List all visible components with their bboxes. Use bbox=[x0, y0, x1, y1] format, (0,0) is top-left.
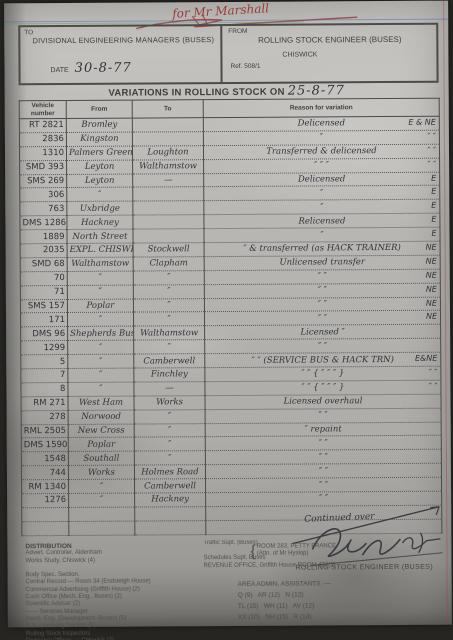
vehicle-number-cell: RML 2505 bbox=[21, 424, 68, 438]
reason-cell: ″ repaint bbox=[205, 422, 441, 437]
reason-text: ″ ″ ″ bbox=[314, 160, 329, 170]
from-cell: Leyton bbox=[67, 160, 133, 174]
from-cell: ″ bbox=[68, 382, 134, 396]
paper-sheet: for Mr Marshall TO DIVISIONAL ENGINEERIN… bbox=[4, 1, 452, 628]
from-cell: Bromley bbox=[66, 118, 132, 132]
area-mark: E&NE bbox=[415, 354, 437, 364]
area-mark: NE bbox=[426, 257, 437, 267]
reason-cell: ″ & transferred (as HACK TRAINER) NE bbox=[204, 241, 440, 256]
area-mark: ″ ″ bbox=[429, 382, 438, 392]
vehicle-number-cell: SMS 157 bbox=[20, 299, 67, 313]
to-cell: Hackney bbox=[135, 493, 206, 507]
from-cell: Works bbox=[68, 465, 134, 479]
area-mark bbox=[435, 409, 438, 419]
from-cell: Poplar bbox=[67, 299, 133, 313]
reason-cell: ″ E bbox=[204, 186, 440, 201]
distribution-list: DISTRIBUTION Advert. Controller, Aldenha… bbox=[25, 542, 151, 640]
reason-cell: Relicensed E bbox=[204, 213, 440, 228]
area-mark: NE bbox=[426, 298, 437, 308]
area-mark bbox=[435, 340, 438, 350]
vehicle-number-cell: 2035 bbox=[20, 243, 67, 257]
reason-text: ″ ″ bbox=[318, 313, 327, 323]
to-cell bbox=[133, 215, 204, 229]
reason-text: ″ ″ { ″ ″ ″ } bbox=[301, 369, 344, 379]
reason-text: Licensed ″ bbox=[300, 327, 344, 337]
form-title-date: 25-8-77 bbox=[288, 83, 345, 98]
from-cell: Leyton bbox=[67, 174, 133, 188]
to-cell: ″ bbox=[134, 437, 205, 451]
to-cell: ″ bbox=[134, 451, 205, 465]
reason-text: ″ ″ bbox=[319, 452, 328, 462]
brace-glyph: { bbox=[250, 547, 255, 554]
to-cell bbox=[135, 507, 206, 521]
to-cell: Camberwell bbox=[135, 479, 206, 493]
area-code-line: XX (10) NH (15) R (14) bbox=[238, 611, 331, 623]
vehicle-number-cell: 1548 bbox=[21, 452, 68, 466]
vehicle-number-cell: RM 271 bbox=[21, 396, 68, 410]
col-header-reason: Reason for variation bbox=[203, 98, 439, 117]
reason-cell: ″ ″ NE bbox=[204, 283, 440, 298]
area-mark: E bbox=[431, 215, 436, 225]
reason-cell: ″ ″ NE bbox=[204, 269, 440, 284]
reason-text: ″ ″ bbox=[318, 286, 327, 296]
from-location: CHISWICK bbox=[282, 51, 317, 58]
reason-text: ″ bbox=[320, 188, 323, 198]
reason-text: ″ bbox=[320, 230, 323, 240]
area-mark bbox=[435, 396, 438, 406]
header-from-cell: FROM ROLLING STOCK ENGINEER (BUSES) CHIS… bbox=[222, 25, 436, 82]
area-mark bbox=[435, 451, 438, 461]
to-cell: ″ bbox=[133, 284, 204, 298]
to-cell: ″ bbox=[134, 423, 205, 437]
reason-cell: Licensed ″ bbox=[205, 325, 441, 340]
to-cell bbox=[132, 132, 203, 146]
reason-cell: ″ E bbox=[204, 200, 440, 215]
header-to-cell: TO DIVISIONAL ENGINEERING MANAGERS (BUSE… bbox=[20, 26, 222, 83]
reason-text: ″ ″ bbox=[319, 411, 328, 421]
reason-text: Delicensed bbox=[298, 174, 345, 184]
to-cell bbox=[133, 229, 204, 243]
area-admin-block: AREA ADMIN. ASSISTANTS :— Q (9) AR (12) … bbox=[238, 578, 331, 623]
area-mark: NE bbox=[426, 243, 437, 253]
vehicle-number-cell: 306 bbox=[20, 188, 67, 202]
to-cell: Loughton bbox=[132, 145, 203, 159]
to-cell: Holmes Road bbox=[134, 465, 205, 479]
reason-text: ″ & transferred (as HACK TRAINER) bbox=[243, 243, 401, 254]
reason-text: ″ ″ bbox=[318, 299, 327, 309]
vehicle-number-cell: DMS 1286 bbox=[20, 216, 67, 230]
from-cell: ″ bbox=[67, 271, 133, 285]
reason-cell: ″ E bbox=[204, 227, 440, 242]
col-header-to: To bbox=[132, 100, 203, 118]
from-cell: Kingston bbox=[66, 132, 132, 146]
reason-cell: ″ ″ bbox=[205, 463, 441, 478]
area-mark bbox=[435, 326, 438, 336]
reason-text: ″ ″ { ″ ″ ″ } bbox=[301, 383, 344, 393]
area-mark bbox=[435, 465, 438, 475]
ref-value: Ref. 508/1 bbox=[230, 63, 260, 70]
reason-cell: ″ ″ ″ bbox=[203, 130, 439, 145]
from-cell: Norwood bbox=[68, 410, 134, 424]
reason-cell: ″ ″ ″ ″ ″ bbox=[204, 158, 440, 173]
form-title-text: VARIATIONS IN ROLLING STOCK ON bbox=[108, 87, 284, 99]
from-cell: Shepherds Bush bbox=[68, 326, 134, 340]
vehicle-number-cell: 7 bbox=[21, 369, 68, 383]
reason-text: ″ bbox=[320, 202, 323, 212]
vehicle-number-cell: SMS 269 bbox=[20, 174, 67, 188]
to-cell: ″ bbox=[133, 270, 204, 284]
reason-text: ″ ″ bbox=[319, 438, 328, 448]
date-line: DATE30-8-77 bbox=[50, 61, 131, 76]
vehicle-number-cell: SMD 68 bbox=[20, 257, 67, 271]
area-mark bbox=[435, 437, 438, 447]
from-cell: Palmers Green bbox=[66, 146, 132, 160]
reason-cell: ″ ″ bbox=[205, 436, 441, 451]
reason-text: ″ ″ bbox=[318, 272, 327, 282]
reason-cell: Transferred & delicensed ″ ″ bbox=[203, 144, 439, 159]
reason-text: ″ ″ bbox=[319, 466, 328, 476]
area-mark bbox=[435, 479, 438, 489]
from-cell: ″ bbox=[68, 340, 134, 354]
area-code-line: TL (15) WH (11) AV (12) bbox=[238, 600, 331, 612]
reason-cell: Delicensed E bbox=[204, 172, 440, 187]
vehicle-number-cell: RM 1340 bbox=[22, 480, 69, 494]
reason-cell: ″ ″ bbox=[205, 338, 441, 353]
from-cell: ″ bbox=[67, 285, 133, 299]
to-cell: Clapham bbox=[133, 257, 204, 271]
to-cell: Camberwell bbox=[134, 354, 205, 368]
vehicle-number-cell: 2836 bbox=[19, 132, 66, 146]
rolling-stock-table: Vehicle number From To Reason for variat… bbox=[19, 98, 443, 536]
from-cell: ″ bbox=[69, 479, 135, 493]
reason-text: Unlicensed transfer bbox=[279, 258, 365, 269]
from-cell: Hackney bbox=[67, 215, 133, 229]
vehicle-number-cell: 744 bbox=[21, 466, 68, 480]
vehicle-number-cell: SMD 393 bbox=[20, 160, 67, 174]
from-cell: New Cross bbox=[68, 424, 134, 438]
from-cell: West Ham bbox=[68, 396, 134, 410]
to-cell: — bbox=[134, 382, 205, 396]
from-cell: Walthamstow bbox=[67, 257, 133, 271]
area-mark bbox=[435, 423, 438, 433]
area-mark: E bbox=[431, 173, 436, 183]
reason-cell: ″ ″ NE bbox=[204, 297, 440, 312]
from-cell: Poplar bbox=[68, 438, 134, 452]
reason-cell: Delicensed E & NE bbox=[203, 116, 439, 131]
reason-cell: ″ ″ bbox=[205, 450, 441, 465]
reason-cell: Licensed overhaul bbox=[205, 394, 441, 409]
vehicle-number-cell: 8 bbox=[21, 382, 68, 396]
from-cell: ″ bbox=[67, 188, 133, 202]
reason-cell: ″ ″ { ″ ″ ″ } ″ ″ bbox=[205, 380, 441, 395]
reason-text: Licensed overhaul bbox=[284, 396, 363, 406]
vehicle-number-cell bbox=[22, 507, 69, 521]
reason-text: ″ bbox=[320, 133, 323, 143]
reason-text: ″ ″ bbox=[319, 480, 328, 490]
date-label: DATE bbox=[50, 67, 68, 74]
vehicle-number-cell: DMS 1590 bbox=[21, 438, 68, 452]
area-mark: E bbox=[431, 229, 436, 239]
vehicle-number-cell: 1889 bbox=[20, 230, 67, 244]
from-cell: Southall bbox=[68, 451, 134, 465]
col-header-vehicle: Vehicle number bbox=[19, 100, 66, 118]
from-value: ROLLING STOCK ENGINEER (BUSES) bbox=[232, 35, 427, 45]
area-mark: NE bbox=[426, 284, 437, 294]
vehicle-number-cell: 1276 bbox=[22, 494, 69, 508]
area-mark: ″ ″ bbox=[428, 159, 437, 169]
reason-cell: ″ ″ bbox=[206, 477, 442, 492]
to-value: DIVISIONAL ENGINEERING MANAGERS (BUSES) bbox=[28, 35, 218, 45]
from-label: FROM bbox=[228, 28, 247, 35]
reason-cell: ″ ″ bbox=[205, 408, 441, 423]
to-cell: ″ bbox=[134, 340, 205, 354]
from-cell: North Street bbox=[67, 229, 133, 243]
to-label: TO bbox=[24, 29, 33, 36]
to-cell: Stockwell bbox=[133, 243, 204, 257]
to-cell: ″ bbox=[133, 298, 204, 312]
vehicle-number-cell: 1299 bbox=[21, 341, 68, 355]
vehicle-number-cell: RT 2821 bbox=[19, 118, 66, 132]
from-cell: Uxbridge bbox=[67, 201, 133, 215]
area-mark: ″ ″ bbox=[427, 146, 436, 156]
to-cell: Walthamstow bbox=[134, 326, 205, 340]
vehicle-number-cell: 278 bbox=[21, 410, 68, 424]
vehicle-number-cell: 71 bbox=[20, 285, 67, 299]
vehicle-number-cell: 1310 bbox=[19, 146, 66, 160]
reason-text: ″ repaint bbox=[305, 424, 342, 434]
reason-text: Relicensed bbox=[298, 216, 345, 226]
reason-text: ″ ″ bbox=[318, 341, 327, 351]
to-cell: Finchley bbox=[134, 368, 205, 382]
from-cell: ″ bbox=[68, 368, 134, 382]
reason-cell: ″ ″ NE bbox=[204, 311, 440, 326]
reason-cell: ″ ″ (SERVICE BUS & HACK TRN) E&NE bbox=[205, 352, 441, 367]
reason-cell: Unlicensed transfer NE bbox=[204, 255, 440, 270]
header-box: TO DIVISIONAL ENGINEERING MANAGERS (BUSE… bbox=[18, 23, 438, 86]
area-mark: NE bbox=[426, 312, 437, 322]
reason-text: ″ ″ (SERVICE BUS & HACK TRN) bbox=[252, 355, 394, 366]
to-cell bbox=[135, 520, 206, 534]
date-value: 30-8-77 bbox=[75, 61, 132, 76]
col-header-from: From bbox=[66, 100, 132, 118]
to-cell: Works bbox=[134, 395, 205, 409]
area-mark: E & NE bbox=[408, 118, 435, 128]
reason-text: Delicensed bbox=[298, 119, 345, 129]
to-cell: Walthamstow bbox=[133, 159, 204, 173]
vehicle-number-cell: DMS 96 bbox=[21, 327, 68, 341]
area-mark: E bbox=[431, 187, 436, 197]
area-mark: ″ ″ bbox=[429, 368, 438, 378]
from-cell bbox=[69, 521, 135, 535]
area-mark: NE bbox=[426, 271, 437, 281]
from-cell: ″ bbox=[68, 354, 134, 368]
to-cell: ″ bbox=[133, 312, 204, 326]
area-mark: E bbox=[431, 201, 436, 211]
to-cell bbox=[133, 187, 204, 201]
to-cell: — bbox=[133, 173, 204, 187]
area-code-line: Q (9) AR (12) N (12) bbox=[238, 589, 331, 601]
from-cell: EXPL. CHISWICK bbox=[67, 243, 133, 257]
vehicle-number-cell: 763 bbox=[20, 202, 67, 216]
from-cell: ″ bbox=[67, 313, 133, 327]
reason-text: Transferred & delicensed bbox=[266, 146, 376, 157]
scanned-document-page: for Mr Marshall TO DIVISIONAL ENGINEERIN… bbox=[0, 0, 453, 640]
area-admin-label: AREA ADMIN. ASSISTANTS :— bbox=[238, 578, 331, 590]
vehicle-number-cell: 5 bbox=[21, 355, 68, 369]
to-cell bbox=[132, 118, 203, 132]
vehicle-number-cell: 70 bbox=[20, 271, 67, 285]
vehicle-number-cell bbox=[22, 521, 69, 535]
area-mark: ″ ″ bbox=[427, 132, 436, 142]
to-cell bbox=[133, 201, 204, 215]
vehicle-number-cell: 171 bbox=[20, 313, 67, 327]
from-cell bbox=[69, 507, 135, 521]
reason-cell: ″ ″ { ″ ″ ″ } ″ ″ bbox=[205, 366, 441, 381]
to-cell: ″ bbox=[134, 409, 205, 423]
signature-scribble bbox=[302, 509, 452, 580]
from-cell: ″ bbox=[69, 493, 135, 507]
